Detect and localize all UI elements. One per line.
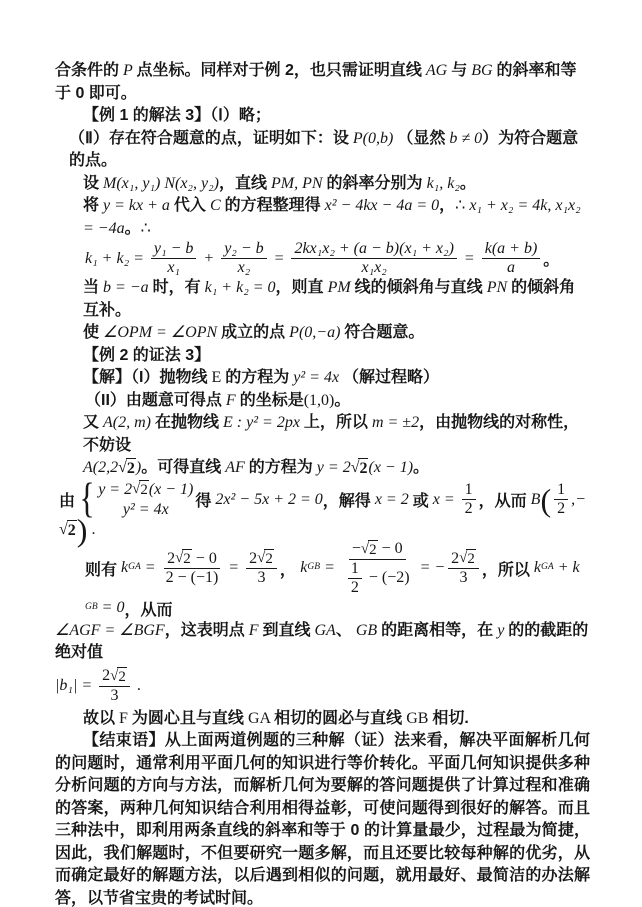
fraction: 2√23: [448, 549, 479, 587]
text-run: A(2, m): [99, 414, 155, 431]
text-run: 合条件的: [55, 62, 119, 79]
text-run: （显然: [397, 130, 445, 147]
paragraph: k₁ + k₂ = y₁ − bx₁ + y₂ − bx₂ = 2kx₁x₂ +…: [55, 240, 590, 277]
text-run: 相切的圆必与直线: [274, 710, 402, 727]
sqrt-radical: √2: [118, 458, 136, 478]
sqrt-radical: √2: [361, 540, 378, 559]
text-run: 。: [125, 220, 141, 237]
text-run: =: [460, 250, 479, 268]
text-run: = 0: [98, 599, 125, 617]
radicand: 2: [466, 549, 476, 568]
text-run: 1: [557, 481, 565, 499]
subscript: GB: [85, 603, 98, 613]
text-run: GB: [352, 622, 381, 639]
text-run: 。: [413, 459, 429, 476]
sqrt-radical: √2: [257, 549, 274, 568]
text-run: 。: [543, 247, 559, 270]
text-run: F: [222, 392, 240, 409]
text-run: 。可得直线: [141, 459, 221, 476]
text-run: AG: [422, 62, 451, 79]
text-run: E: [207, 369, 225, 386]
text-run: 。: [460, 175, 476, 192]
paragraph: A(2,2√2)。可得直线 AF 的方程为 y = 2√2(x − 1)。: [55, 457, 590, 480]
text-run: 3: [460, 569, 468, 587]
text-run: y₁ − b: [154, 240, 193, 258]
text-run: ∠AGF = ∠BGF: [55, 622, 165, 639]
text-run: ，: [280, 557, 300, 580]
text-run: 2: [465, 500, 473, 518]
text-run: P: [119, 62, 136, 79]
denominator: 2: [462, 500, 476, 518]
text-run: BG: [467, 62, 496, 79]
text-run: 与: [451, 62, 467, 79]
text-run: 由: [59, 488, 75, 511]
denominator: 12 − (−2): [342, 560, 413, 597]
text-run: − 0: [378, 540, 403, 558]
text-run: 2 − (−1): [166, 569, 219, 587]
text-run: y = 2: [313, 459, 351, 476]
text-run: ，从而: [479, 488, 527, 511]
text-run: y₂ − b: [224, 240, 263, 258]
text-run: 。: [334, 392, 350, 409]
numerator: 1: [462, 481, 476, 500]
text-run: 3: [111, 687, 119, 705]
text-run: = −: [416, 559, 446, 577]
text-run: 【例 2 的证法 3】: [83, 347, 210, 364]
text-run: k: [117, 559, 128, 577]
text-run: |b₁| =: [55, 677, 96, 695]
paragraph: 设 M(x₁, y₁) N(x₂, y₂)，直线 PM, PN 的斜率分别为 k…: [55, 173, 590, 196]
text-run: ,−: [571, 491, 586, 509]
text-run: F: [245, 622, 263, 639]
text-run: 2: [451, 550, 459, 568]
text-run: P(0,−a): [285, 324, 344, 341]
sqrt-radical: √2: [175, 549, 192, 568]
text-run: − (−2): [365, 569, 410, 587]
radicand: 2: [358, 458, 368, 478]
text-run: PN: [483, 279, 511, 296]
fraction: 12: [462, 481, 476, 518]
text-run: P(0,b): [349, 130, 397, 147]
text-run: 当: [83, 279, 99, 296]
text-run: (x − 1): [368, 459, 413, 476]
text-run: .: [133, 677, 141, 695]
text-run: 符合题意。: [344, 324, 424, 341]
text-run: x = 2: [371, 491, 413, 509]
denominator: x₁x₂: [359, 259, 390, 277]
text-run: ，这表明点: [165, 622, 245, 639]
text-run: 的方程为: [249, 459, 313, 476]
text-run: M(x₁, y₁) N(x₂, y₂): [99, 175, 219, 192]
document-page: 合条件的 P 点坐标。同样对于例 2，也只需证明直线 AG 与 BG 的斜率和等…: [0, 0, 642, 907]
subscript: GB: [307, 563, 320, 573]
text-run: （解过程略）: [343, 369, 439, 386]
text-run: C: [206, 197, 225, 214]
sqrt-radical: √2: [459, 549, 476, 568]
text-run: ，: [439, 197, 455, 214]
text-run: 时，有: [153, 279, 201, 296]
text-run: =: [224, 559, 243, 577]
text-run: b = −a: [99, 279, 153, 296]
sqrt-radical: √2: [110, 667, 127, 686]
denominator: x₁: [164, 259, 183, 277]
paragraph: 故以 F 为圆心且与直线 GA 相切的圆必与直线 GB 相切.: [55, 708, 590, 731]
numerator: 2kx₁x₂ + (a − b)(x₁ + x₂): [291, 240, 456, 259]
text-run: 1: [351, 560, 359, 578]
denominator: 3: [108, 687, 122, 705]
text-run: k₁ + k₂ =: [85, 250, 148, 268]
subscript: GA: [128, 563, 141, 573]
paragraph: （II）由题意可得点 F 的坐标是(1,0)。: [55, 390, 590, 413]
denominator: 2: [554, 500, 568, 518]
numerator: 1: [348, 560, 362, 579]
text-run: E : y² = 2px: [219, 414, 304, 431]
text-run: 2kx₁x₂ + (a − b)(x₁ + x₂): [294, 240, 453, 258]
text-run: x =: [429, 491, 459, 509]
brace-icon: {: [80, 481, 95, 519]
text-run: PM: [324, 279, 355, 296]
text-run: 则有: [85, 557, 117, 580]
text-run: 【例 1 的解法 3】（Ⅰ）略；: [83, 107, 271, 124]
fraction: 2√23: [246, 549, 277, 587]
text-run: GB: [402, 710, 432, 727]
text-run: .: [87, 521, 95, 539]
radicand: 2: [126, 458, 136, 478]
system-row: y² = 4x: [123, 500, 169, 520]
text-run: + k: [554, 559, 580, 577]
text-run: （II）由题意可得点: [85, 392, 222, 409]
paragraph: 又 A(2, m) 在抛物线 E : y² = 2px 上，所以 m = ±2，…: [55, 412, 590, 457]
text-run: 成立的点: [221, 324, 285, 341]
paragraph: 【解】（I）抛物线 E 的方程为 y² = 4x （解过程略）: [55, 367, 590, 390]
paragraph: 使 ∠OPM = ∠OPN 成立的点 P(0,−a) 符合题意。: [55, 322, 590, 345]
sqrt-radical: √2: [59, 520, 77, 540]
text-run: (x − 1): [149, 480, 194, 500]
text-run: x₁x₂: [362, 259, 387, 277]
fraction: 2√2 − 02 − (−1): [163, 549, 222, 587]
text-run: 代入: [174, 197, 206, 214]
text-run: ，从而: [124, 597, 172, 620]
text-run: =: [270, 250, 289, 268]
text-run: ，解得: [323, 488, 371, 511]
denominator: 3: [457, 569, 471, 587]
text-run: 2: [102, 667, 110, 685]
text-run: 的方程为: [225, 369, 289, 386]
text-run: k₁ + k₂ = 0: [201, 279, 276, 296]
text-run: A(2,2: [83, 459, 118, 476]
text-run: 点坐标。同样对于例 2，也只需证明直线: [137, 62, 422, 79]
text-run: 将: [83, 197, 99, 214]
text-run: − 0: [192, 550, 217, 568]
text-run: GA: [244, 710, 274, 727]
text-run: B: [527, 491, 541, 509]
text-run: ，直线: [219, 175, 267, 192]
fraction: 2√23: [99, 667, 130, 705]
text-run: 设: [83, 175, 99, 192]
numerator: k(a + b): [482, 240, 541, 259]
radicand: 2: [67, 520, 77, 540]
fraction: 12: [554, 481, 568, 518]
text-run: 或: [413, 488, 429, 511]
fraction: y₁ − bx₁: [151, 240, 196, 277]
fraction: y₂ − bx₂: [221, 240, 266, 277]
text-run: 线的倾斜角与直线: [355, 279, 483, 296]
text-run: x₂: [238, 259, 251, 277]
denominator: 2: [348, 579, 362, 597]
text-run: 为圆心且与直线: [132, 710, 244, 727]
text-run: x₁: [167, 259, 180, 277]
text-run: 在抛物线: [155, 414, 219, 431]
fraction: −√2 − 012 − (−2): [342, 540, 413, 597]
numerator: 2√2 − 0: [164, 549, 220, 569]
text-run: k: [530, 559, 541, 577]
text-run: ∠OPM = ∠OPN: [99, 324, 221, 341]
numerator: 1: [554, 481, 568, 500]
paragraph: （Ⅱ）存在符合题意的点，证明如下：设 P(0,b) （显然 b ≠ 0）为符合题…: [55, 128, 590, 173]
document-body: 合条件的 P 点坐标。同样对于例 2，也只需证明直线 AG 与 BG 的斜率和等…: [55, 60, 590, 907]
text-run: 的方程整理得: [225, 197, 321, 214]
text-run: +: [199, 250, 218, 268]
numerator: 2√2: [246, 549, 277, 569]
denominator: 2 − (−1): [163, 569, 222, 587]
paragraph: 由{y = 2√2(x − 1)y² = 4x得 2x² − 5x + 2 = …: [55, 480, 590, 540]
text-run: y = 2: [98, 480, 132, 500]
text-run: a: [507, 259, 515, 277]
fraction: k(a + b)a: [482, 240, 541, 277]
text-run: 2: [249, 550, 257, 568]
text-run: 【解】（I）抛物线: [83, 369, 207, 386]
text-run: 故以: [83, 710, 115, 727]
radicand: 2: [139, 480, 149, 499]
radicand: 2: [117, 667, 127, 686]
text-run: ∴: [455, 197, 469, 214]
text-run: y² = 4x: [123, 500, 169, 520]
paragraph: 将 y = kx + a 代入 C 的方程整理得 x² − 4kx − 4a =…: [55, 195, 590, 240]
text-run: m = ±2: [368, 414, 419, 431]
numerator: −√2 − 0: [349, 540, 406, 560]
denominator: x₂: [235, 259, 254, 277]
text-run: b ≠ 0: [445, 130, 482, 147]
system-rows: y = 2√2(x − 1)y² = 4x: [98, 480, 193, 520]
paragraph: 【结束语】从上面两道例题的三种解（证）法来看，解决平面解析几何的问题时，通常利用…: [55, 730, 590, 907]
paragraph: |b₁| = 2√23 .: [55, 667, 590, 705]
denominator: 3: [254, 569, 268, 587]
fraction: 2kx₁x₂ + (a − b)(x₁ + x₂)x₁x₂: [291, 240, 456, 277]
text-run: 又: [83, 414, 99, 431]
text-run: k₁, k₂: [423, 175, 460, 192]
paragraph: 合条件的 P 点坐标。同样对于例 2，也只需证明直线 AG 与 BG 的斜率和等…: [55, 60, 590, 105]
text-run: =: [141, 559, 160, 577]
denominator: a: [504, 259, 518, 277]
text-run: k(a + b): [485, 240, 538, 258]
text-run: PM, PN: [267, 175, 327, 192]
text-run: 使: [83, 324, 99, 341]
subscript: GA: [541, 563, 554, 573]
text-run: 的坐标是: [240, 392, 304, 409]
text-run: GA: [311, 622, 336, 639]
text-run: y: [493, 622, 508, 639]
radicand: 2: [182, 549, 192, 568]
sqrt-radical: √2: [132, 480, 149, 499]
text-run: 上，所以: [304, 414, 368, 431]
text-run: y² = 4x: [289, 369, 343, 386]
numerator: y₂ − b: [221, 240, 266, 259]
text-run: 2: [557, 500, 565, 518]
text-run: （Ⅱ）存在符合题意的点，证明如下：设: [69, 130, 349, 147]
text-run: y = kx + a: [99, 197, 174, 214]
radicand: 2: [264, 549, 274, 568]
text-run: k: [300, 559, 307, 577]
numerator: 2√2: [99, 667, 130, 687]
text-run: 2: [351, 579, 359, 597]
text-run: ，则直: [276, 279, 324, 296]
paragraph: ∠AGF = ∠BGF，这表明点 F 到直线 GA、 GB 的距离相等，在 y …: [55, 620, 590, 665]
text-run: =: [320, 559, 339, 577]
text-run: 2: [167, 550, 175, 568]
text-run: AF: [221, 459, 249, 476]
text-run: 到直线: [262, 622, 310, 639]
text-run: x² − 4kx − 4a = 0: [321, 197, 440, 214]
radicand: 2: [368, 540, 378, 559]
text-run: ∴: [141, 220, 151, 237]
paragraph: 则有 kGA = 2√2 − 02 − (−1) = 2√23， kGB = −…: [55, 540, 590, 620]
equation-system: {y = 2√2(x − 1)y² = 4x: [77, 480, 193, 520]
numerator: y₁ − b: [151, 240, 196, 259]
text-run: 得: [195, 488, 211, 511]
fraction: 12: [348, 560, 362, 597]
numerator: 2√2: [448, 549, 479, 569]
text-run: 【结束语】从上面两道例题的三种解（证）法来看，解决平面解析几何的问题时，通常利用…: [55, 732, 590, 907]
text-run: ，所以: [482, 557, 530, 580]
paragraph: 【例 1 的解法 3】（Ⅰ）略；: [55, 105, 590, 128]
text-run: 3: [257, 569, 265, 587]
text-run: (1,0): [304, 392, 335, 409]
text-run: F: [115, 710, 132, 727]
system-row: y = 2√2(x − 1): [98, 480, 193, 500]
text-run: −: [352, 540, 361, 558]
text-run: 的斜率分别为: [327, 175, 423, 192]
text-run: 相切.: [432, 710, 468, 727]
text-run: 2x² − 5x + 2 = 0: [211, 491, 322, 509]
sqrt-radical: √2: [351, 458, 369, 478]
text-run: 1: [465, 481, 473, 499]
paragraph: 【例 2 的证法 3】: [55, 345, 590, 368]
paragraph: 当 b = −a 时，有 k₁ + k₂ = 0，则直 PM 线的倾斜角与直线 …: [55, 277, 590, 322]
text-run: 的距离相等，在: [381, 622, 493, 639]
text-run: 、: [336, 622, 352, 639]
